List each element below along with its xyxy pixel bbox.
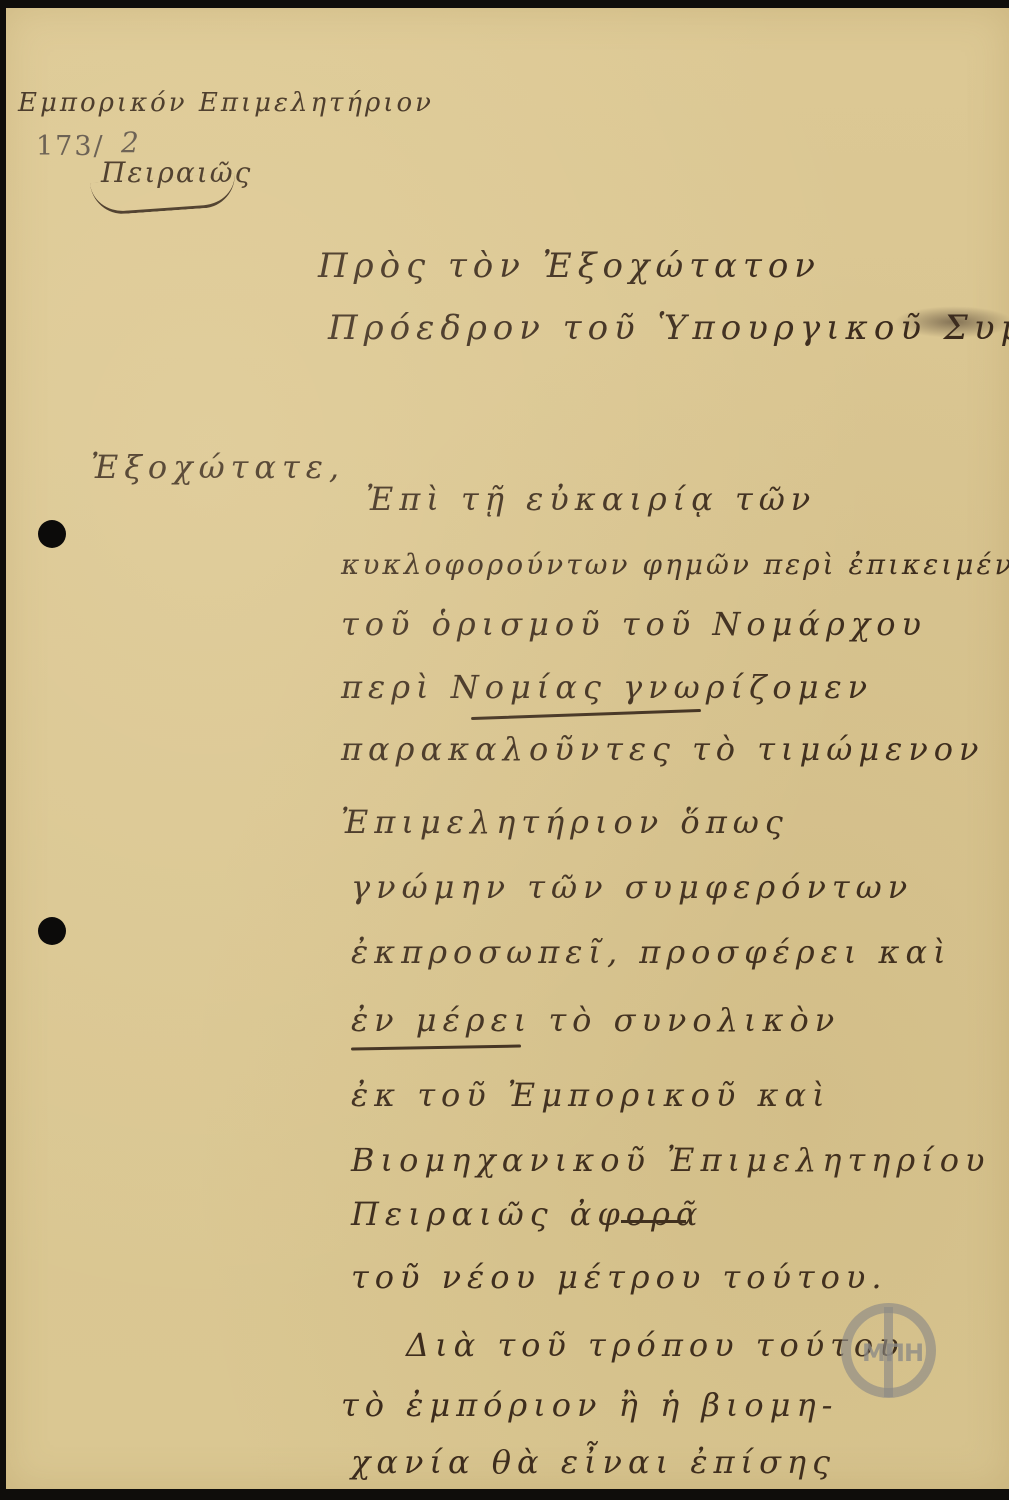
archive-number: 173/ [36,131,105,162]
letter-page: Εμπορικόν Επιμελητήριον 173/ 2 Πειραιῶς … [6,8,1009,1489]
header-chamber-name: Εμπορικόν Επιμελητήριον [18,88,434,118]
ink-smudge [894,306,1009,338]
address-line-1: Πρὸς τὸν Ἐξοχώτατον [318,246,821,286]
underline-nomias [471,709,701,720]
body-line: Διὰ τοῦ τρόπου τούτου [406,1326,905,1364]
body-line: Ἐπιμελητήριον ὅπως [341,803,789,841]
body-line: τὸ ἐμπόριον ἢ ἡ βιομη- [341,1386,838,1424]
body-line: ἐν μέρει τὸ συνολικὸν [351,1001,840,1039]
body-line: τοῦ ὁρισμοῦ τοῦ Νομάρχου [341,605,927,643]
body-line: περὶ Νομίας γνωρίζομεν [341,668,873,706]
body-line: ἐκ τοῦ Ἐμπορικοῦ καὶ [351,1076,831,1114]
body-line: γνώμην τῶν συμφερόντων [351,868,913,906]
punch-hole [38,520,66,548]
body-line: χανία θὰ εἶναι ἐπίσης [351,1443,836,1481]
salutation: Ἐξοχώτατε, [91,448,345,486]
body-line: κυκλοφορούντων φημῶν περὶ ἐπικειμένου [341,548,1009,581]
body-line: Ἐπὶ τῇ εὐκαιρίᾳ τῶν [366,480,816,518]
body-line: παρακαλοῦντες τὸ τιμώμενον [341,730,985,768]
body-line: Βιομηχανικοῦ Ἐπιμελητηρίου [351,1141,990,1179]
body-line: ἐκπροσωπεῖ, προσφέρει καὶ [351,933,952,971]
punch-hole [38,917,66,945]
archive-number-suffix: 2 [121,126,145,159]
watermark-label: ΜΠΗ [845,1339,940,1367]
body-line: Πειραιῶς ἀφορᾶ [351,1195,703,1233]
underline-en-merei [351,1045,521,1051]
body-line: τοῦ νέου μέτρου τούτου. [351,1258,888,1296]
archive-watermark: ΜΠΗ [841,1303,936,1398]
strikethrough [621,1220,686,1223]
